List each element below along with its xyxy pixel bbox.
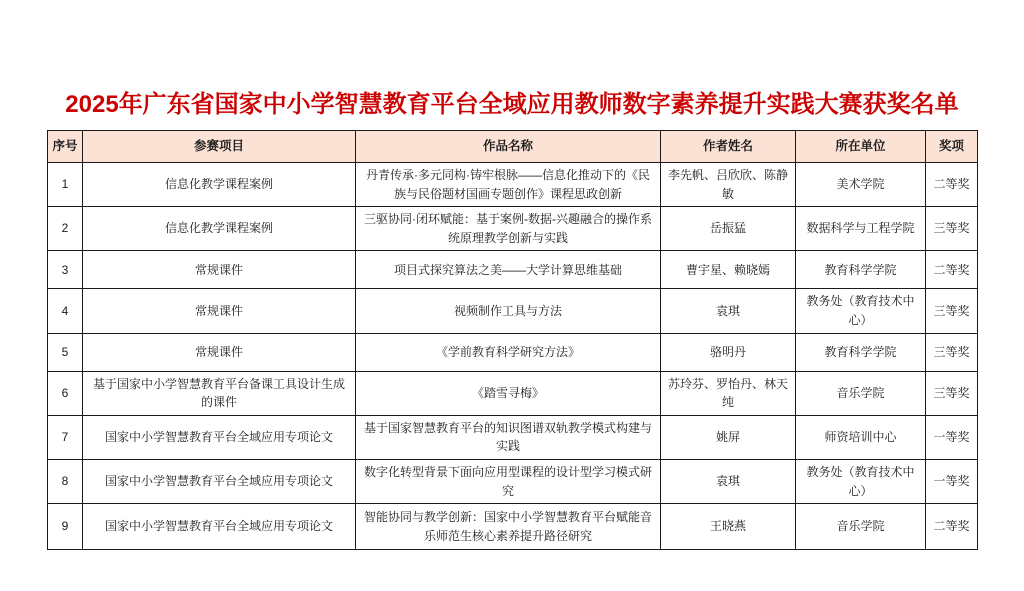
- cell-work: 项目式探究算法之美——大学计算思维基础: [356, 251, 661, 289]
- cell-project: 常规课件: [83, 251, 356, 289]
- cell-award: 一等奖: [926, 459, 978, 503]
- cell-authors: 王晓燕: [661, 504, 796, 550]
- table-body: 1信息化教学课程案例丹青传承·多元同构·铸牢根脉——信息化推动下的《民族与民俗题…: [48, 163, 978, 550]
- cell-no: 7: [48, 415, 83, 459]
- header-project: 参赛项目: [83, 131, 356, 163]
- cell-authors: 曹宇星、赖晓嫣: [661, 251, 796, 289]
- cell-unit: 美术学院: [796, 163, 926, 207]
- header-work: 作品名称: [356, 131, 661, 163]
- cell-award: 三等奖: [926, 371, 978, 415]
- cell-authors: 袁琪: [661, 289, 796, 333]
- cell-no: 5: [48, 333, 83, 371]
- cell-work: 视频制作工具与方法: [356, 289, 661, 333]
- cell-unit: 教务处（教育技术中心）: [796, 289, 926, 333]
- table-row: 1信息化教学课程案例丹青传承·多元同构·铸牢根脉——信息化推动下的《民族与民俗题…: [48, 163, 978, 207]
- cell-no: 8: [48, 459, 83, 503]
- page-title: 2025年广东省国家中小学智慧教育平台全域应用教师数字素养提升实践大赛获奖名单: [0, 84, 1024, 119]
- cell-unit: 师资培训中心: [796, 415, 926, 459]
- table-row: 3常规课件项目式探究算法之美——大学计算思维基础曹宇星、赖晓嫣教育科学学院二等奖: [48, 251, 978, 289]
- cell-award: 三等奖: [926, 333, 978, 371]
- cell-unit: 音乐学院: [796, 504, 926, 550]
- cell-authors: 苏玲芬、罗怡丹、林天纯: [661, 371, 796, 415]
- cell-project: 信息化教学课程案例: [83, 163, 356, 207]
- table-row: 6基于国家中小学智慧教育平台备课工具设计生成的课件《踏雪寻梅》苏玲芬、罗怡丹、林…: [48, 371, 978, 415]
- cell-project: 基于国家中小学智慧教育平台备课工具设计生成的课件: [83, 371, 356, 415]
- table-row: 8国家中小学智慧教育平台全域应用专项论文数字化转型背景下面向应用型课程的设计型学…: [48, 459, 978, 503]
- cell-unit: 教育科学学院: [796, 333, 926, 371]
- cell-unit: 音乐学院: [796, 371, 926, 415]
- header-no: 序号: [48, 131, 83, 163]
- cell-unit: 数据科学与工程学院: [796, 207, 926, 251]
- cell-work: 智能协同与教学创新：国家中小学智慧教育平台赋能音乐师范生核心素养提升路径研究: [356, 504, 661, 550]
- cell-work: 《学前教育科学研究方法》: [356, 333, 661, 371]
- header-award: 奖项: [926, 131, 978, 163]
- cell-project: 国家中小学智慧教育平台全域应用专项论文: [83, 415, 356, 459]
- cell-award: 二等奖: [926, 251, 978, 289]
- cell-work: 三驱协同·闭环赋能：基于案例-数据-兴趣融合的操作系统原理教学创新与实践: [356, 207, 661, 251]
- cell-project: 常规课件: [83, 333, 356, 371]
- table-row: 5常规课件《学前教育科学研究方法》骆明丹教育科学学院三等奖: [48, 333, 978, 371]
- header-unit: 所在单位: [796, 131, 926, 163]
- cell-no: 4: [48, 289, 83, 333]
- table-row: 4常规课件视频制作工具与方法袁琪教务处（教育技术中心）三等奖: [48, 289, 978, 333]
- document-page: 2025年广东省国家中小学智慧教育平台全域应用教师数字素养提升实践大赛获奖名单 …: [0, 0, 1024, 591]
- cell-award: 三等奖: [926, 207, 978, 251]
- cell-project: 常规课件: [83, 289, 356, 333]
- cell-project: 国家中小学智慧教育平台全域应用专项论文: [83, 459, 356, 503]
- cell-project: 国家中小学智慧教育平台全域应用专项论文: [83, 504, 356, 550]
- cell-work: 基于国家智慧教育平台的知识图谱双轨教学模式构建与实践: [356, 415, 661, 459]
- cell-authors: 袁琪: [661, 459, 796, 503]
- cell-work: 丹青传承·多元同构·铸牢根脉——信息化推动下的《民族与民俗题材国画专题创作》课程…: [356, 163, 661, 207]
- cell-unit: 教务处（教育技术中心）: [796, 459, 926, 503]
- cell-award: 三等奖: [926, 289, 978, 333]
- table-row: 7国家中小学智慧教育平台全域应用专项论文基于国家智慧教育平台的知识图谱双轨教学模…: [48, 415, 978, 459]
- cell-authors: 李先帆、吕欣欣、陈静敏: [661, 163, 796, 207]
- table-row: 2信息化教学课程案例三驱协同·闭环赋能：基于案例-数据-兴趣融合的操作系统原理教…: [48, 207, 978, 251]
- cell-no: 6: [48, 371, 83, 415]
- cell-no: 2: [48, 207, 83, 251]
- cell-no: 1: [48, 163, 83, 207]
- cell-award: 二等奖: [926, 504, 978, 550]
- table-header-row: 序号 参赛项目 作品名称 作者姓名 所在单位 奖项: [48, 131, 978, 163]
- cell-no: 9: [48, 504, 83, 550]
- table-row: 9国家中小学智慧教育平台全域应用专项论文智能协同与教学创新：国家中小学智慧教育平…: [48, 504, 978, 550]
- award-table: 序号 参赛项目 作品名称 作者姓名 所在单位 奖项 1信息化教学课程案例丹青传承…: [47, 130, 978, 550]
- cell-authors: 骆明丹: [661, 333, 796, 371]
- cell-no: 3: [48, 251, 83, 289]
- cell-authors: 姚屏: [661, 415, 796, 459]
- cell-work: 数字化转型背景下面向应用型课程的设计型学习模式研究: [356, 459, 661, 503]
- cell-project: 信息化教学课程案例: [83, 207, 356, 251]
- cell-unit: 教育科学学院: [796, 251, 926, 289]
- header-authors: 作者姓名: [661, 131, 796, 163]
- cell-award: 一等奖: [926, 415, 978, 459]
- cell-work: 《踏雪寻梅》: [356, 371, 661, 415]
- cell-authors: 岳振猛: [661, 207, 796, 251]
- cell-award: 二等奖: [926, 163, 978, 207]
